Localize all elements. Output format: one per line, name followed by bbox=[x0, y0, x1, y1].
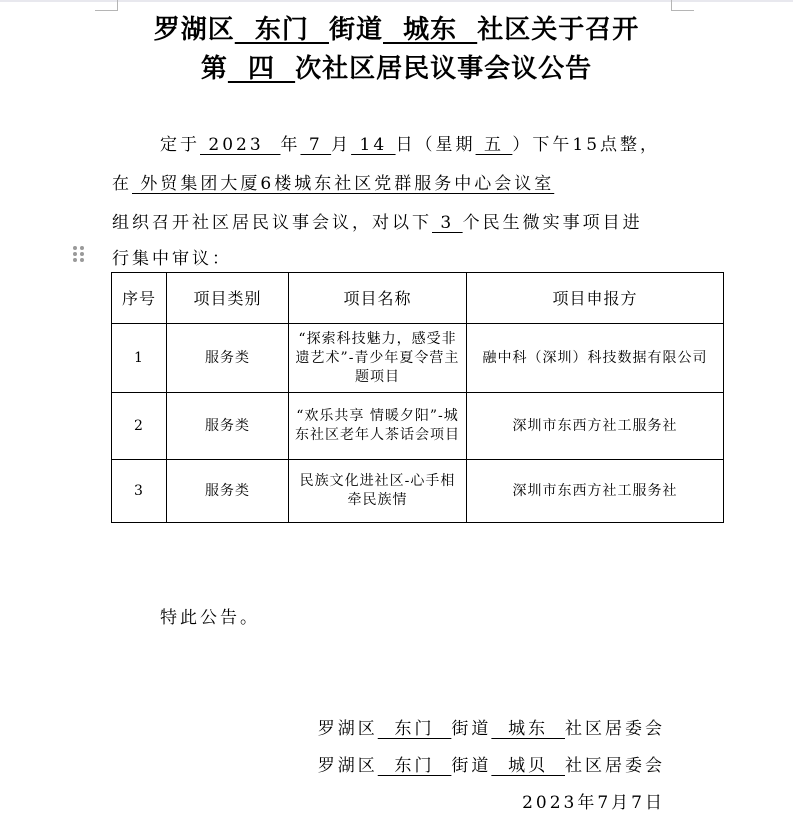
table-header-row: 序号 项目类别 项目名称 项目申报方 bbox=[112, 273, 724, 324]
margin-corner-mark-right bbox=[671, 0, 694, 11]
document-title-line-2: 第 四 次社区居民议事会议公告 bbox=[100, 52, 693, 86]
text: ）下午15点整， bbox=[512, 135, 660, 155]
header-project-name: 项目名称 bbox=[289, 273, 467, 324]
signature-community-blank: 城贝 bbox=[491, 756, 565, 776]
year-blank: 2023 bbox=[200, 135, 280, 155]
title-ordinal-prefix: 第 bbox=[201, 54, 228, 84]
table-row: 1 服务类 “探索科技魅力，感受非遗艺术”-青少年夏令营主题项目 融中科（深圳）… bbox=[112, 324, 724, 393]
table-row: 2 服务类 “欢乐共享 情暖夕阳”-城东社区老年人茶话会项目 深圳市东西方社工服… bbox=[112, 393, 724, 460]
text: 定于 bbox=[160, 135, 200, 155]
paragraph-location-line: 在 外贸集团大厦6楼城东社区党群服务中心会议室 bbox=[112, 174, 672, 194]
location-blank: 外贸集团大厦6楼城东社区党群服务中心会议室 bbox=[132, 174, 554, 194]
paragraph-continuation-line: 行集中审议： bbox=[112, 249, 672, 269]
text: 个民生微实事项目进 bbox=[463, 213, 643, 233]
cell-no: 1 bbox=[112, 324, 167, 393]
cell-applicant: 深圳市东西方社工服务社 bbox=[467, 460, 724, 523]
text: 罗湖区 bbox=[318, 719, 378, 739]
text: 年 bbox=[280, 135, 300, 155]
projects-table: 序号 项目类别 项目名称 项目申报方 1 服务类 “探索科技魅力，感受非遗艺术”… bbox=[111, 272, 724, 523]
cell-project-name: 民族文化进社区-心手相牵民族情 bbox=[289, 460, 467, 523]
title-session-number: 四 bbox=[228, 54, 295, 84]
text: 月 bbox=[331, 135, 351, 155]
table-row: 3 服务类 民族文化进社区-心手相牵民族情 深圳市东西方社工服务社 bbox=[112, 460, 724, 523]
paragraph-date-line: 定于 2023 年 7 月 14 日（星期 五 ）下午15点整， bbox=[160, 135, 720, 155]
closing-statement: 特此公告。 bbox=[160, 603, 260, 628]
cell-no: 3 bbox=[112, 460, 167, 523]
weekday-blank: 五 bbox=[476, 135, 513, 155]
signature-street-blank: 东门 bbox=[378, 719, 452, 739]
title-street-suffix: 街道 bbox=[329, 15, 383, 45]
cell-applicant: 深圳市东西方社工服务社 bbox=[467, 393, 724, 460]
title-district: 罗湖区 bbox=[154, 15, 235, 45]
cell-category: 服务类 bbox=[167, 324, 289, 393]
title-community-blank: 城东 bbox=[383, 15, 477, 45]
cell-project-name: “欢乐共享 情暖夕阳”-城东社区老年人茶话会项目 bbox=[289, 393, 467, 460]
header-category: 项目类别 bbox=[167, 273, 289, 324]
text: 罗湖区 bbox=[318, 756, 378, 776]
signature-line-2: 罗湖区 东门 街道 城贝 社区居委会 bbox=[318, 751, 665, 776]
header-applicant: 项目申报方 bbox=[467, 273, 724, 324]
drag-handle-icon[interactable] bbox=[73, 246, 85, 262]
cell-applicant: 融中科（深圳）科技数据有限公司 bbox=[467, 324, 724, 393]
cell-category: 服务类 bbox=[167, 393, 289, 460]
cell-no: 2 bbox=[112, 393, 167, 460]
text: 街道 bbox=[451, 719, 491, 739]
text: 组织召开社区居民议事会议，对以下 bbox=[112, 213, 432, 233]
signature-line-1: 罗湖区 东门 街道 城东 社区居委会 bbox=[318, 714, 665, 739]
paragraph-purpose-line: 组织召开社区居民议事会议，对以下 3 个民生微实事项目进 bbox=[112, 213, 672, 233]
signature-community-blank: 城东 bbox=[491, 719, 565, 739]
text: 街道 bbox=[451, 756, 491, 776]
title-street-blank: 东门 bbox=[235, 15, 329, 45]
day-blank: 14 bbox=[351, 135, 395, 155]
title-suffix: 社区关于召开 bbox=[477, 15, 639, 45]
project-count-blank: 3 bbox=[432, 213, 463, 233]
text: 日（星期 bbox=[396, 135, 476, 155]
cell-category: 服务类 bbox=[167, 460, 289, 523]
signature-date: 2023年7月7日 bbox=[522, 788, 665, 813]
title-meeting-name: 次社区居民议事会议公告 bbox=[295, 54, 592, 84]
month-blank: 7 bbox=[300, 135, 331, 155]
text: 社区居委会 bbox=[565, 719, 665, 739]
cell-project-name: “探索科技魅力，感受非遗艺术”-青少年夏令营主题项目 bbox=[289, 324, 467, 393]
document-title-line-1: 罗湖区 东门 街道 城东 社区关于召开 bbox=[100, 13, 693, 47]
margin-corner-mark-left bbox=[95, 0, 118, 11]
text: 在 bbox=[112, 174, 132, 194]
signature-street-blank: 东门 bbox=[378, 756, 452, 776]
header-no: 序号 bbox=[112, 273, 167, 324]
text: 社区居委会 bbox=[565, 756, 665, 776]
